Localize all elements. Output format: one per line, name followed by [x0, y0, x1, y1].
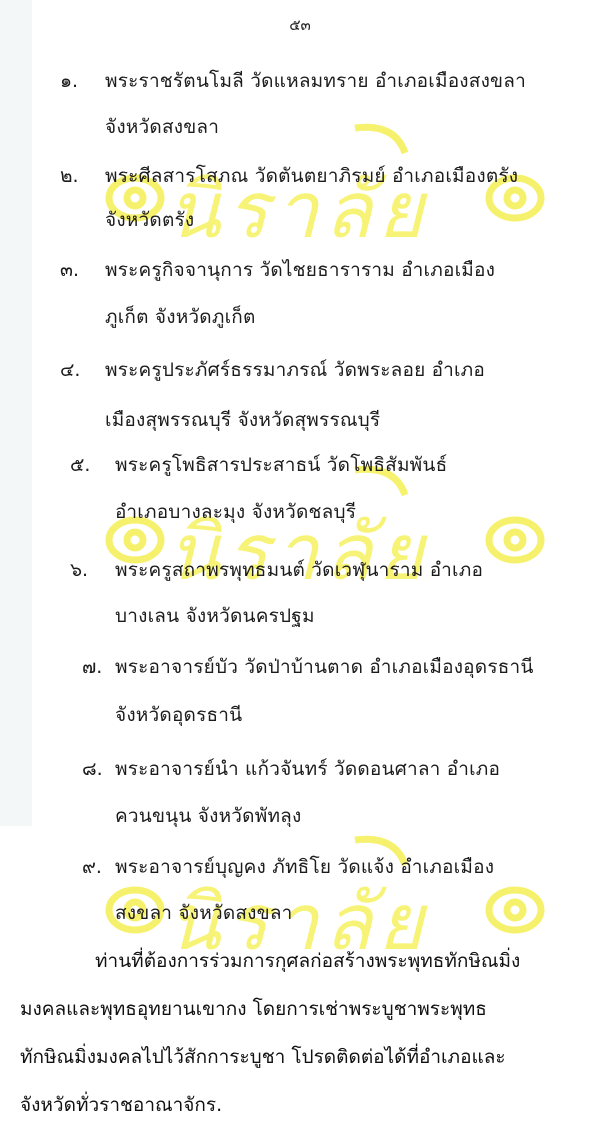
watermark-2: นิราลัย [105, 460, 545, 620]
item-number: ๖. [70, 555, 88, 585]
item-line-1: พระราชรัตนโมลี วัดแหลมทราย อำเภอเมืองสงข… [105, 66, 526, 96]
item-line-2: จังหวัดสงขลา [105, 112, 219, 142]
item-line-2: อำเภอบางละมุง จังหวัดชลบุรี [115, 497, 356, 527]
scan-margin-strip [0, 0, 32, 826]
item-number: ๕. [70, 450, 90, 480]
item-number: ๗. [82, 652, 102, 682]
watermark-1: นิราลัย [105, 118, 545, 278]
paragraph-line: ทักษิณมิ่งมงคลไปไว้สักการะบูชา โปรดติดต่… [20, 1042, 506, 1072]
item-line-1: พระครูประภัศร์ธรรมาภรณ์ วัดพระลอย อำเภอ [105, 355, 485, 385]
paragraph-line: จังหวัดทั่วราชอาณาจักร. [20, 1090, 222, 1120]
item-line-2: จังหวัดตรัง [105, 205, 194, 235]
item-line-1: พระอาจารย์บัว วัดป่าบ้านตาด อำเภอเมืองอุ… [115, 652, 534, 682]
item-number: ๘. [82, 754, 103, 784]
item-line-2: บางเลน จังหวัดนครปฐม [115, 601, 315, 631]
item-line-1: พระอาจารย์บุญคง ภัทธิโย วัดแจ้ง อำเภอเมื… [115, 852, 494, 882]
paragraph-line: ท่านที่ต้องการร่วมการกุศลก่อสร้างพระพุทธ… [95, 946, 520, 976]
item-line-2: จังหวัดอุดรธานี [115, 700, 242, 730]
item-line-2: ภูเก็ต จังหวัดภูเก็ต [105, 302, 256, 332]
item-number: ๓. [60, 255, 79, 285]
item-number: ๔. [60, 355, 80, 385]
item-line-2: ควนขนุน จังหวัดพัทลุง [115, 801, 301, 831]
item-line-1: พระครูโพธิสารประสาธน์ วัดโพธิสัมพันธ์ [115, 450, 447, 480]
item-number: ๑. [60, 66, 78, 96]
page-number: ๕๓ [0, 13, 600, 37]
item-line-1: พระครูกิจจานุการ วัดไชยธาราราม อำเภอเมือ… [105, 255, 495, 285]
eye-ornament-icon [105, 460, 545, 620]
item-line-2: สงขลา จังหวัดสงขลา [115, 898, 293, 928]
item-line-1: พระครูสถาพรพุทธมนต์ วัดเวฬุนาราม อำเภอ [115, 555, 483, 585]
item-line-1: พระอาจารย์นำ แก้วจันทร์ วัดดอนศาลา อำเภอ [115, 754, 500, 784]
eye-ornament-icon [105, 118, 545, 278]
item-number: ๒. [60, 161, 79, 191]
paragraph-line: มงคลและพุทธอุทยานเขากง โดยการเช่าพระบูชา… [20, 994, 487, 1024]
item-line-2: เมืองสุพรรณบุรี จังหวัดสุพรรณบุรี [105, 405, 380, 435]
item-line-1: พระศีลสารโสภณ วัดตันตยาภิรมย์ อำเภอเมือง… [105, 161, 518, 191]
item-number: ๙. [82, 852, 102, 882]
